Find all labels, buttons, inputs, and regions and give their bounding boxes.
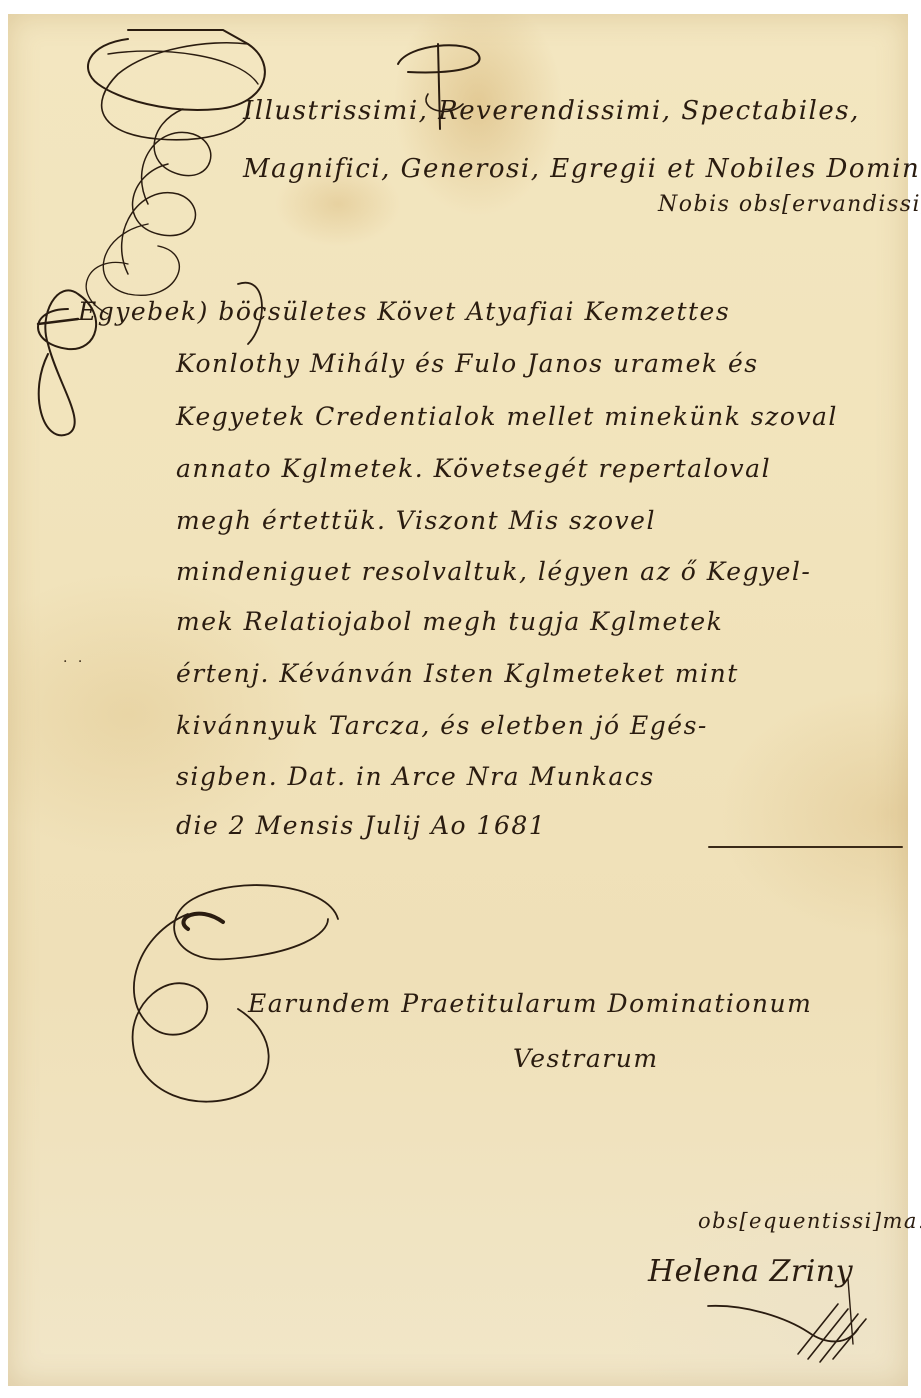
date-underline xyxy=(708,846,903,848)
initial-flourish-top xyxy=(88,30,265,110)
body-line-5: megh értettük. Viszont Mis szovel xyxy=(176,506,656,535)
body-line-7: mek Relatiojabol megh tugja Kglmetek xyxy=(176,607,723,636)
body-line-10: sigben. Dat. in Arce Nra Munkacs xyxy=(176,762,655,791)
body-line-11-date: die 2 Mensis Julij Ao 1681 xyxy=(176,811,546,840)
salutation-line-3: Nobis obs[ervandissi]mi. xyxy=(658,192,921,217)
signature-prefix: obs[equentissi]ma. xyxy=(698,1209,921,1233)
closing-line-2: Vestrarum xyxy=(513,1044,659,1073)
body-line-4: annato Kglmetek. Követsegét repertaloval xyxy=(176,454,771,483)
flourish-decorations xyxy=(8,14,908,1386)
body-line-2: Konlothy Mihály és Fulo Janos uramek és xyxy=(176,349,759,378)
margin-marks: · · xyxy=(63,654,85,670)
ihs-monogram-icon xyxy=(398,45,480,72)
body-line-3: Kegyetek Credentialok mellet minekünk sz… xyxy=(176,402,838,431)
salutation-line-1: Illustrissimi, Reverendissimi, Spectabil… xyxy=(243,96,860,126)
body-line-9: kivánnyuk Tarcza, és eletben jó Egés- xyxy=(176,711,708,740)
body-line-6: mindeniguet resolvaltuk, légyen az ő Keg… xyxy=(176,557,811,586)
body-line-1: Egyebek) böcsületes Követ Atyafiai Kemze… xyxy=(78,297,730,326)
letter-paper: Illustrissimi, Reverendissimi, Spectabil… xyxy=(8,14,908,1386)
initial-closing-flourish xyxy=(183,914,223,929)
body-line-8: értenj. Kévánván Isten Kglmeteket mint xyxy=(176,659,739,688)
signature-name: Helena Zriny xyxy=(648,1254,853,1289)
closing-line-1: Earundem Praetitularum Dominationum xyxy=(248,989,812,1018)
signature-paraph xyxy=(708,1306,858,1342)
salutation-line-2: Magnifici, Generosi, Egregii et Nobiles … xyxy=(243,154,921,184)
